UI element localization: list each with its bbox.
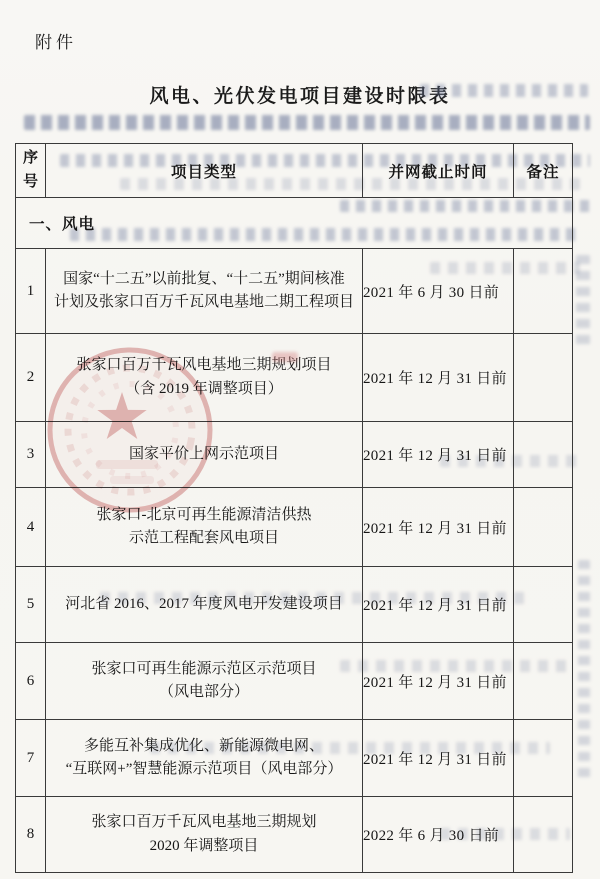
project-line1: 国家平价上网示范项目 <box>46 443 362 466</box>
project-line1: 张家口百万千瓦风电基地三期规划项目 <box>46 354 362 377</box>
row-project: 张家口百万千瓦风电基地三期规划项目 （含 2019 年调整项目） <box>46 334 363 422</box>
row-deadline: 2021 年 12 月 31 日前 <box>363 488 514 567</box>
scanned-document-page: 附件 风电、光伏发电项目建设时限表 序号 项目类型 并网截止时间 备注 一、风电… <box>0 0 600 879</box>
table-row: 1 国家“十二五”以前批复、“十二五”期间核准 计划及张家口百万千瓦风电基地二期… <box>16 249 573 334</box>
project-line1: 国家“十二五”以前批复、“十二五”期间核准 <box>46 268 362 291</box>
attachment-label: 附件 <box>35 28 77 53</box>
row-no: 8 <box>16 797 46 873</box>
row-deadline: 2021 年 12 月 31 日前 <box>363 643 514 720</box>
row-remark <box>514 488 573 567</box>
row-remark <box>514 643 573 720</box>
header-deadline: 并网截止时间 <box>363 144 514 198</box>
page-title: 风电、光伏发电项目建设时限表 <box>0 81 600 108</box>
section-row-wind: 一、风电 <box>16 198 573 249</box>
row-no: 5 <box>16 567 46 643</box>
row-remark <box>514 797 573 873</box>
row-project: 张家口百万千瓦风电基地三期规划 2020 年调整项目 <box>46 797 363 873</box>
table-row: 8 张家口百万千瓦风电基地三期规划 2020 年调整项目 2022 年 6 月 … <box>16 797 573 873</box>
row-no: 4 <box>16 488 46 567</box>
row-remark <box>514 567 573 643</box>
row-remark <box>514 422 573 488</box>
row-project: 多能互补集成优化、新能源微电网、 “互联网+”智慧能源示范项目（风电部分） <box>46 720 363 797</box>
row-project: 张家口-北京可再生能源清洁供热 示范工程配套风电项目 <box>46 488 363 567</box>
deadline-table: 序号 项目类型 并网截止时间 备注 一、风电 1 国家“十二五”以前批复、“十二… <box>15 143 573 873</box>
section-title: 一、风电 <box>16 198 573 249</box>
row-deadline: 2021 年 12 月 31 日前 <box>363 334 514 422</box>
table-row: 7 多能互补集成优化、新能源微电网、 “互联网+”智慧能源示范项目（风电部分） … <box>16 720 573 797</box>
header-remark: 备注 <box>514 144 573 198</box>
project-line1: 多能互补集成优化、新能源微电网、 <box>46 735 362 758</box>
project-line1: 张家口百万千瓦风电基地三期规划 <box>46 811 362 834</box>
row-deadline: 2021 年 6 月 30 日前 <box>363 249 514 334</box>
bleedthrough-smudge <box>578 560 590 780</box>
table-row: 3 国家平价上网示范项目 2021 年 12 月 31 日前 <box>16 422 573 488</box>
row-deadline: 2022 年 6 月 30 日前 <box>363 797 514 873</box>
table-row: 2 张家口百万千瓦风电基地三期规划项目 （含 2019 年调整项目） 2021 … <box>16 334 573 422</box>
header-no: 序号 <box>16 144 46 198</box>
project-line1: 张家口-北京可再生能源清洁供热 <box>46 504 362 527</box>
header-project: 项目类型 <box>46 144 363 198</box>
row-project: 国家“十二五”以前批复、“十二五”期间核准 计划及张家口百万千瓦风电基地二期工程… <box>46 249 363 334</box>
project-line2: 计划及张家口百万千瓦风电基地二期工程项目 <box>46 291 362 314</box>
project-line1: 张家口可再生能源示范区示范项目 <box>46 658 362 681</box>
row-no: 2 <box>16 334 46 422</box>
row-no: 6 <box>16 643 46 720</box>
table-row: 5 河北省 2016、2017 年度风电开发建设项目 2021 年 12 月 3… <box>16 567 573 643</box>
row-project: 张家口可再生能源示范区示范项目 （风电部分） <box>46 643 363 720</box>
row-remark <box>514 249 573 334</box>
row-remark <box>514 334 573 422</box>
row-deadline: 2021 年 12 月 31 日前 <box>363 567 514 643</box>
project-line2: （风电部分） <box>46 681 362 704</box>
project-line1: 河北省 2016、2017 年度风电开发建设项目 <box>46 593 362 616</box>
row-no: 3 <box>16 422 46 488</box>
project-line2: “互联网+”智慧能源示范项目（风电部分） <box>46 758 362 781</box>
bleedthrough-smudge <box>576 255 590 345</box>
row-no: 7 <box>16 720 46 797</box>
row-remark <box>514 720 573 797</box>
row-project: 国家平价上网示范项目 <box>46 422 363 488</box>
project-line2: 2020 年调整项目 <box>46 835 362 858</box>
table-row: 6 张家口可再生能源示范区示范项目 （风电部分） 2021 年 12 月 31 … <box>16 643 573 720</box>
row-no: 1 <box>16 249 46 334</box>
project-line2: 示范工程配套风电项目 <box>46 527 362 550</box>
row-project: 河北省 2016、2017 年度风电开发建设项目 <box>46 567 363 643</box>
row-deadline: 2021 年 12 月 31 日前 <box>363 720 514 797</box>
bleedthrough-smudge <box>24 115 590 130</box>
row-deadline: 2021 年 12 月 31 日前 <box>363 422 514 488</box>
project-line2: （含 2019 年调整项目） <box>46 378 362 401</box>
table-header-row: 序号 项目类型 并网截止时间 备注 <box>16 144 573 198</box>
table-row: 4 张家口-北京可再生能源清洁供热 示范工程配套风电项目 2021 年 12 月… <box>16 488 573 567</box>
